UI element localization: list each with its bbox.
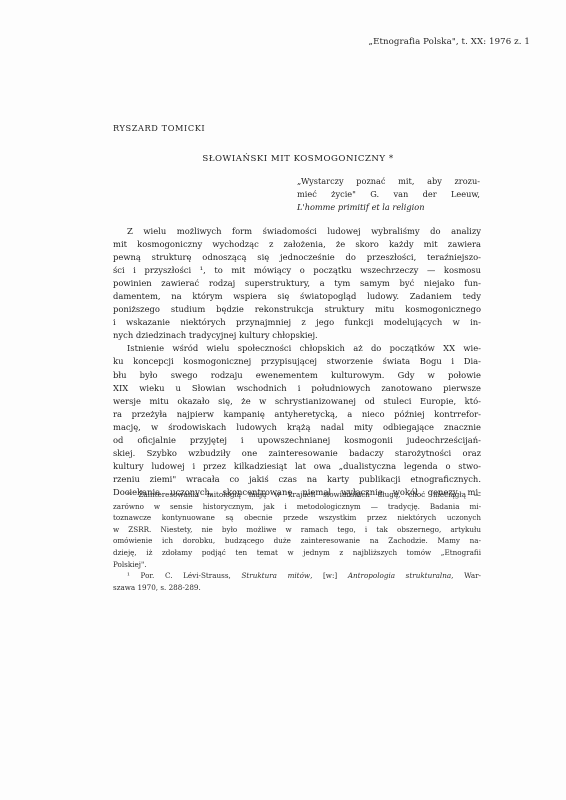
text-line: od oficjalnie przyjętej i upowszechniane… [113,434,481,447]
text-line: mit kosmogoniczny wychodząc z założenia,… [113,238,481,251]
text-line: mację, w środowiskach ludowych krążą nad… [113,421,481,434]
text-line: Z wielu możliwych form świadomości ludow… [113,225,481,238]
text-line: ku koncepcji kosmogonicznej przypisujące… [113,355,481,368]
footnote-line: szawa 1970, s. 288-289. [113,582,481,594]
document-page: „Etnografia Polska", t. XX: 1976 z. 1 RY… [0,0,566,800]
text-line: poniższego studium będzie rekonstrukcja … [113,303,481,316]
paragraph-2: Istnienie wśród wielu społeczności chłop… [113,342,481,499]
footnote-citation-prefix: ¹ Por. C. Lévi-Strauss, [127,571,241,580]
journal-reference: „Etnografia Polska", t. XX: 1976 z. 1 [369,37,530,47]
footnote-line: toznawcze kontynuowane są obecnie przede… [113,512,481,524]
text-line: skiej. Szybko wzbudziły one zainteresowa… [113,447,481,460]
cited-work-title: Struktura mitów [241,571,310,580]
text-line: pewną strukturę odnoszącą się jednocześn… [113,251,481,264]
footnote-line: * Zainteresowania mitologią mają w kraja… [113,489,481,501]
author-name: RYSZARD TOMICKI [113,123,205,133]
epigraph-line: mieć życie" G. van der Leeuw, [297,189,480,202]
text-line: rzeniu ziemi" wracała co jakiś czas na k… [113,473,481,486]
footnote-citation-mid: , [w:] [310,571,348,580]
footnotes: * Zainteresowania mitologią mają w kraja… [113,489,481,593]
footnote-citation-suffix: , War- [451,571,481,580]
epigraph: „Wystarczy poznać mit, aby zrozu- mieć ż… [297,176,480,214]
article-body: Z wielu możliwych form świadomości ludow… [113,225,481,499]
footnote-line: omówienie ich dorobku, budzącego duże za… [113,535,481,547]
text-line: wersje mitu okazało się, że w schrystian… [113,395,481,408]
footnote-asterisk: * Zainteresowania mitologią mają w kraja… [113,489,481,570]
text-line: kultury ludowej i przez kilkadziesiąt la… [113,460,481,473]
paragraph-1: Z wielu możliwych form świadomości ludow… [113,225,481,342]
text-line: i wskazanie niektórych przynajmniej z je… [113,316,481,329]
text-line: Istnienie wśród wielu społeczności chłop… [113,342,481,355]
footnote-line: w ZSRR. Niestety, nie było możliwe w ram… [113,524,481,536]
text-line: powinien zawierać rodzaj superstruktury,… [113,277,481,290]
epigraph-line: „Wystarczy poznać mit, aby zrozu- [297,176,480,189]
text-line: ści i przyszłości ¹, to mit mówiący o po… [113,264,481,277]
text-line: ra przeżyła najpierw kampanię antyherety… [113,408,481,421]
text-line: błu było swego rodzaju ewenementem kultu… [113,369,481,382]
text-line: nych dziedzinach tradycyjnej kultury chł… [113,329,481,342]
cited-book-title: Antropologia strukturalna [348,571,451,580]
text-line: damentem, na którym wspiera się światopo… [113,290,481,303]
footnote-line: dzieję, iż zdołamy podjąć ten temat w je… [113,547,481,559]
footnote-1: ¹ Por. C. Lévi-Strauss, Struktura mitów,… [113,570,481,593]
epigraph-source: L'homme primitif et la religion [297,202,480,214]
footnote-line: ¹ Por. C. Lévi-Strauss, Struktura mitów,… [113,570,481,582]
footnote-line: Polskiej". [113,559,481,571]
text-line: XIX wieku u Słowian wschodnich i południ… [113,382,481,395]
article-title: SŁOWIAŃSKI MIT KOSMOGONICZNY * [0,154,566,164]
footnote-line: zarówno w sensie historycznym, jak i met… [113,501,481,513]
